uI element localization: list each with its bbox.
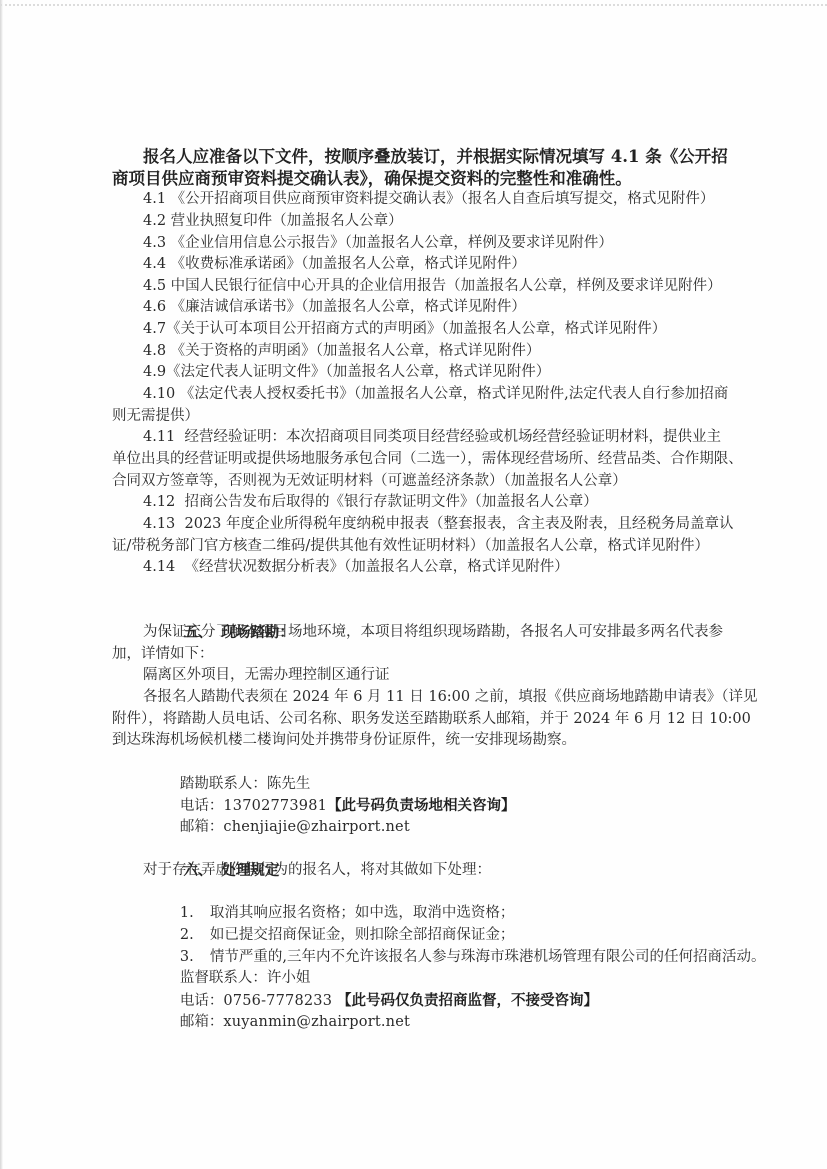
list-item-4-5: 4.5 中国人民银行征信中心开具的企业信用报告（加盖报名人公章，样例及要求详见附… (112, 276, 792, 298)
paragraph-line: 隔离区外项目，无需办理控制区通行证 (112, 665, 792, 687)
paragraph-line: 附件），将踏勘人员电话、公司名称、职务发送至踏勘联系人邮箱，并于 2024 年 … (112, 709, 792, 731)
measure-item: 1.取消其响应报名资格；如中选，取消中选资格； (112, 882, 792, 904)
email-label: 邮箱： (180, 819, 224, 835)
phone-note: 【此号码负责场地相关咨询】 (327, 797, 516, 814)
list-item-4-9: 4.9《法定代表人证明文件》（加盖报名人公章，格式详见附件） (112, 362, 792, 384)
measure-text: 取消其响应报名资格；如中选，取消中选资格； (210, 905, 515, 921)
list-item-4-12: 4.12 招商公告发布后取得的《银行存款证明文件》（加盖报名人公章） (112, 492, 792, 514)
document-page: 报名人应准备以下文件，按顺序叠放装订，并根据实际情况填写 4.1 条《公开招 商… (0, 0, 827, 1169)
phone-label: 电话： (180, 798, 224, 814)
scan-edge-left (0, 0, 3, 1169)
list-item-4-11: 4.11 经营经验证明：本次招商项目同类项目经营经验或机场经营经验证明材料，提供… (112, 427, 792, 449)
scan-edge-top (0, 4, 827, 6)
list-item-4-10-cont: 则无需提供） (112, 406, 792, 428)
list-item-4-7: 4.7《关于认可本项目公开招商方式的声明函》（加盖报名人公章，格式详见附件） (112, 319, 792, 341)
required-documents-list: 4.1 《公开招商项目供应商预审资料提交确认表》（报名人自查后填写提交，格式见附… (112, 189, 792, 579)
section-handling-rules: 六、处理规定 对于存在弄虚作假行为的报名人，将对其做如下处理： 1.取消其响应报… (112, 839, 792, 1012)
intro-line: 报名人应准备以下文件，按顺序叠放装订，并根据实际情况填写 4.1 条《公开招 (112, 146, 792, 168)
section-heading: 六、处理规定 (112, 839, 792, 861)
section-heading: 五、现场踏勘： (112, 600, 792, 622)
contact-label: 监督联系人： (180, 970, 267, 986)
list-item-4-1: 4.1 《公开招商项目供应商预审资料提交确认表》（报名人自查后填写提交，格式见附… (112, 189, 792, 211)
list-item-4-14: 4.14 《经营状况数据分析表》（加盖报名人公章，格式详见附件） (112, 557, 792, 579)
contact-name: 许小姐 (267, 970, 311, 986)
contact-name: 陈先生 (267, 776, 311, 792)
contact-label: 踏勘联系人： (180, 776, 267, 792)
intro-line: 商项目供应商预审资料提交确认表》，确保提交资料的完整性和准确性。 (112, 168, 792, 190)
paragraph-line: 对于存在弄虚作假行为的报名人，将对其做如下处理： (112, 860, 792, 882)
list-item-4-10: 4.10 《法定代表人授权委托书》（加盖报名人公章，格式详见附件,法定代表人自行… (112, 384, 792, 406)
document-body: 报名人应准备以下文件，按顺序叠放装订，并根据实际情况填写 4.1 条《公开招 商… (112, 146, 792, 1012)
phone-label: 电话： (180, 993, 224, 1009)
phone-number: 13702773981 (223, 798, 327, 814)
list-item-4-8: 4.8 《关于资格的声明函》（加盖报名人公章，格式详见附件） (112, 341, 792, 363)
intro-paragraph: 报名人应准备以下文件，按顺序叠放装订，并根据实际情况填写 4.1 条《公开招 商… (112, 146, 792, 189)
list-item-4-13-cont: 证/带税务部门官方核查二维码/提供其他有效性证明材料）（加盖报名人公章，格式详见… (112, 536, 792, 558)
list-item-4-4: 4.4 《收费标准承诺函》（加盖报名人公章，格式详见附件） (112, 254, 792, 276)
inspection-contact: 踏勘联系人：陈先生 (112, 752, 792, 774)
list-item-4-13: 4.13 2023 年度企业所得税年度纳税申报表（整套报表，含主表及附表，且经税… (112, 514, 792, 536)
list-item-4-11-cont: 单位出具的经营证明或提供场地服务承包合同（二选一），需体现经营场所、经营品类、合… (112, 449, 792, 471)
email-label: 邮箱： (180, 1014, 224, 1030)
measure-number: 2. (180, 925, 210, 947)
measure-number: 3. (180, 947, 210, 969)
list-item-4-2: 4.2 营业执照复印件（加盖报名人公章） (112, 211, 792, 233)
list-item-4-6: 4.6 《廉洁诚信承诺书》（加盖报名人公章，格式详见附件） (112, 297, 792, 319)
spacer (112, 579, 792, 601)
phone-number: 0756-7778233 (223, 993, 337, 1009)
paragraph-line: 为保证充分了解本项目场地环境，本项目将组织现场踏勘，各报名人可安排最多两名代表参 (112, 622, 792, 644)
list-item-4-3: 4.3 《企业信用信息公示报告》（加盖报名人公章，样例及要求详见附件） (112, 233, 792, 255)
measure-text: 如已提交招商保证金，则扣除全部招商保证金； (210, 927, 515, 943)
paragraph-line: 加，详情如下： (112, 644, 792, 666)
email-address: xuyanmin@zhairport.net (223, 1014, 410, 1030)
paragraph-line: 到达珠海机场候机楼二楼询问处并携带身份证原件，统一安排现场勘察。 (112, 730, 792, 752)
phone-note: 【此号码仅负责招商监督，不接受咨询】 (337, 992, 598, 1009)
measure-text: 情节严重的,三年内不允许该报名人参与珠海市珠港机场管理有限公司的任何招商活动。 (210, 949, 766, 965)
email-address: chenjiajie@zhairport.net (223, 819, 410, 835)
section-site-inspection: 五、现场踏勘： 为保证充分了解本项目场地环境，本项目将组织现场踏勘，各报名人可安… (112, 600, 792, 816)
paragraph-line: 各报名人踏勘代表须在 2024 年 6 月 11 日 16:00 之前，填报《供… (112, 687, 792, 709)
list-item-4-11-cont: 合同双方签章等，否则视为无效证明材料（可遮盖经济条款）（加盖报名人公章） (112, 471, 792, 493)
measure-number: 1. (180, 903, 210, 925)
